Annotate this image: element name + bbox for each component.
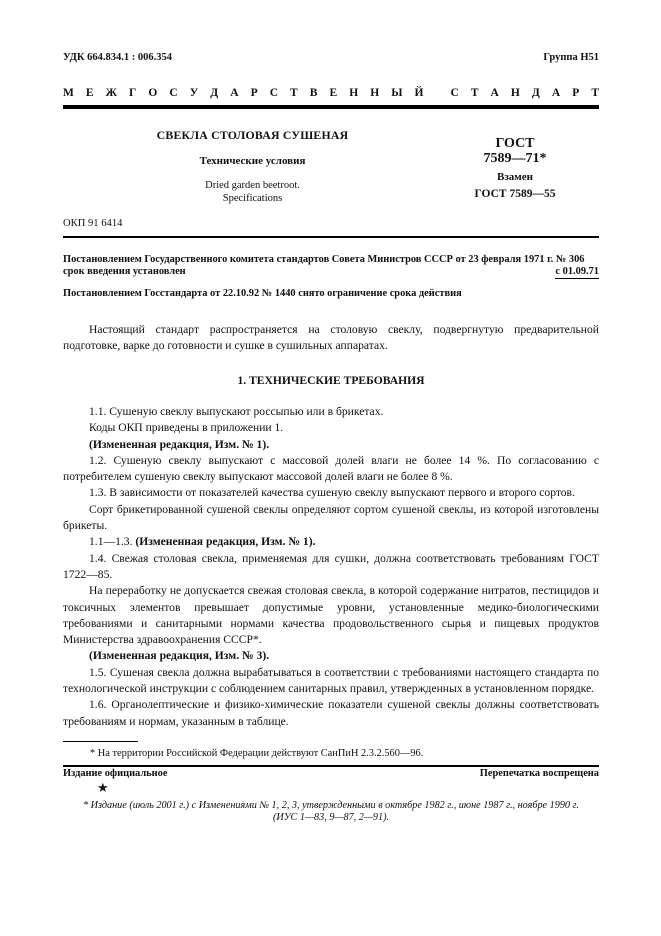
banner-letter: Н bbox=[370, 87, 379, 99]
banner-letter bbox=[436, 87, 439, 99]
paragraph-text: 1.5. Сушеная свекла должна вырабатыватьс… bbox=[63, 666, 599, 695]
decree-limitation-removed: Постановлением Госстандарта от 22.10.92 … bbox=[63, 288, 462, 299]
decree-line1: Постановлением Государственного комитета… bbox=[63, 254, 599, 266]
amendment-note: (Измененная редакция, Изм. № 1). bbox=[135, 535, 315, 548]
banner-letter: У bbox=[190, 87, 198, 99]
amendment-note: (Измененная редакция, Изм. № 1). bbox=[89, 438, 269, 451]
paragraph-text: Сорт брикетированной сушеной свеклы опре… bbox=[63, 503, 599, 532]
banner-letter: В bbox=[310, 87, 318, 99]
english-title-line2: Specifications bbox=[140, 192, 365, 205]
banner-letter: Ы bbox=[391, 87, 402, 99]
edition-note: * Издание (июль 2001 г.) с Изменениями №… bbox=[63, 800, 599, 824]
body-paragraph: 1.1—1.3. (Измененная редакция, Изм. № 1)… bbox=[63, 534, 599, 550]
star-icon: ★ bbox=[97, 780, 109, 796]
reprint-prohibited-label: Перепечатка воспрещена bbox=[480, 768, 599, 779]
banner-letter: Е bbox=[86, 87, 94, 99]
footer-rule bbox=[63, 765, 599, 767]
banner-letter: Е bbox=[329, 87, 337, 99]
banner-letter: О bbox=[148, 87, 157, 99]
body-paragraph: (Измененная редакция, Изм. № 3). bbox=[63, 648, 599, 664]
footnote-rule bbox=[63, 741, 138, 742]
udk-code: УДК 664.834.1 : 006.354 bbox=[63, 52, 172, 63]
banner-letter: Н bbox=[349, 87, 358, 99]
paragraph-text: Коды ОКП приведены в приложении 1. bbox=[89, 421, 283, 434]
document-subtitle: Технические условия bbox=[140, 155, 365, 167]
paragraph-text: На переработку не допускается свежая сто… bbox=[63, 584, 599, 646]
gost-designation: ГОСТ 7589—71* Взамен ГОСТ 7589—55 bbox=[440, 136, 590, 203]
edition-note-line2: (ИУС 1—83, 9—87, 2—91). bbox=[63, 812, 599, 824]
paragraph-text: 1.1. Сушеную свеклу выпускают россыпью и… bbox=[89, 405, 383, 418]
paragraph-text: 1.4. Свежая столовая свекла, применяемая… bbox=[63, 552, 599, 581]
edition-note-line1: * Издание (июль 2001 г.) с Изменениями №… bbox=[63, 800, 599, 812]
amendment-note: (Измененная редакция, Изм. № 3). bbox=[89, 649, 269, 662]
decree-adoption: Постановлением Государственного комитета… bbox=[63, 254, 599, 279]
banner-letter: А bbox=[552, 87, 560, 99]
interstate-standard-banner: МЕЖГОСУДАРСТВЕННЫЙ СТАНДАРТ bbox=[63, 87, 599, 99]
banner-letter: А bbox=[230, 87, 238, 99]
footnote: * На территории Российской Федерации дей… bbox=[90, 748, 423, 759]
body-paragraph: 1.1. Сушеную свеклу выпускают россыпью и… bbox=[63, 404, 599, 420]
banner-letter: С bbox=[169, 87, 177, 99]
gost-number: 7589—71* bbox=[440, 151, 590, 167]
body-paragraph: На переработку не допускается свежая сто… bbox=[63, 583, 599, 648]
body-paragraph: Коды ОКП приведены в приложении 1. bbox=[63, 420, 599, 436]
banner-letter: Ж bbox=[106, 87, 117, 99]
effective-date: с 01.09.71 bbox=[555, 266, 599, 279]
document-title: СВЕКЛА СТОЛОВАЯ СУШЕНАЯ bbox=[140, 128, 365, 143]
banner-letter: С bbox=[450, 87, 458, 99]
banner-letter: Р bbox=[251, 87, 258, 99]
english-title-line1: Dried garden beetroot. bbox=[140, 179, 365, 192]
section-heading: 1. ТЕХНИЧЕСКИЕ ТРЕБОВАНИЯ bbox=[63, 374, 599, 387]
paragraph-text: 1.3. В зависимости от показателей качест… bbox=[89, 486, 575, 499]
banner-letter: Д bbox=[532, 87, 540, 99]
body-paragraph: 1.5. Сушеная свекла должна вырабатыватьс… bbox=[63, 665, 599, 698]
banner-letter: Т bbox=[471, 87, 479, 99]
banner-letter: Г bbox=[129, 87, 136, 99]
banner-letter: Р bbox=[572, 87, 579, 99]
section-body: 1.1. Сушеную свеклу выпускают россыпью и… bbox=[63, 404, 599, 730]
body-paragraph: 1.3. В зависимости от показателей качест… bbox=[63, 485, 599, 501]
paragraph-range: 1.1—1.3. bbox=[89, 535, 135, 548]
body-paragraph: 1.2. Сушеную свеклу выпускают с массовой… bbox=[63, 453, 599, 486]
paragraph-text: 1.2. Сушеную свеклу выпускают с массовой… bbox=[63, 454, 599, 483]
okp-code: ОКП 91 6414 bbox=[63, 218, 122, 229]
title-block: СВЕКЛА СТОЛОВАЯ СУШЕНАЯ Технические усло… bbox=[140, 128, 365, 205]
decree-line2: срок введения установлен с 01.09.71 bbox=[63, 266, 599, 279]
english-title: Dried garden beetroot. Specifications bbox=[140, 179, 365, 205]
banner-letter: С bbox=[270, 87, 278, 99]
group-code: Группа Н51 bbox=[543, 52, 599, 63]
body-paragraph: (Измененная редакция, Изм. № 1). bbox=[63, 437, 599, 453]
decree-effective-label: срок введения установлен bbox=[63, 266, 186, 279]
banner-letter: Й bbox=[415, 87, 424, 99]
banner-letter: М bbox=[63, 87, 74, 99]
paragraph-text: 1.6. Органолептические и физико-химическ… bbox=[63, 698, 599, 727]
banner-letter: Д bbox=[210, 87, 218, 99]
intro-paragraph: Настоящий стандарт распространяется на с… bbox=[63, 322, 599, 355]
banner-letter: Н bbox=[511, 87, 520, 99]
replaces-label: Взамен bbox=[440, 169, 590, 185]
official-edition-label: Издание официальное bbox=[63, 768, 167, 779]
body-paragraph: Сорт брикетированной сушеной свеклы опре… bbox=[63, 502, 599, 535]
body-paragraph: 1.6. Органолептические и физико-химическ… bbox=[63, 697, 599, 730]
banner-letter: Т bbox=[591, 87, 599, 99]
okp-rule bbox=[63, 236, 599, 238]
replaced-standard: ГОСТ 7589—55 bbox=[440, 185, 590, 203]
header-rule bbox=[63, 105, 599, 109]
gost-label: ГОСТ bbox=[440, 136, 590, 151]
banner-letter: А bbox=[491, 87, 499, 99]
banner-letter: Т bbox=[290, 87, 298, 99]
body-paragraph: 1.4. Свежая столовая свекла, применяемая… bbox=[63, 551, 599, 584]
